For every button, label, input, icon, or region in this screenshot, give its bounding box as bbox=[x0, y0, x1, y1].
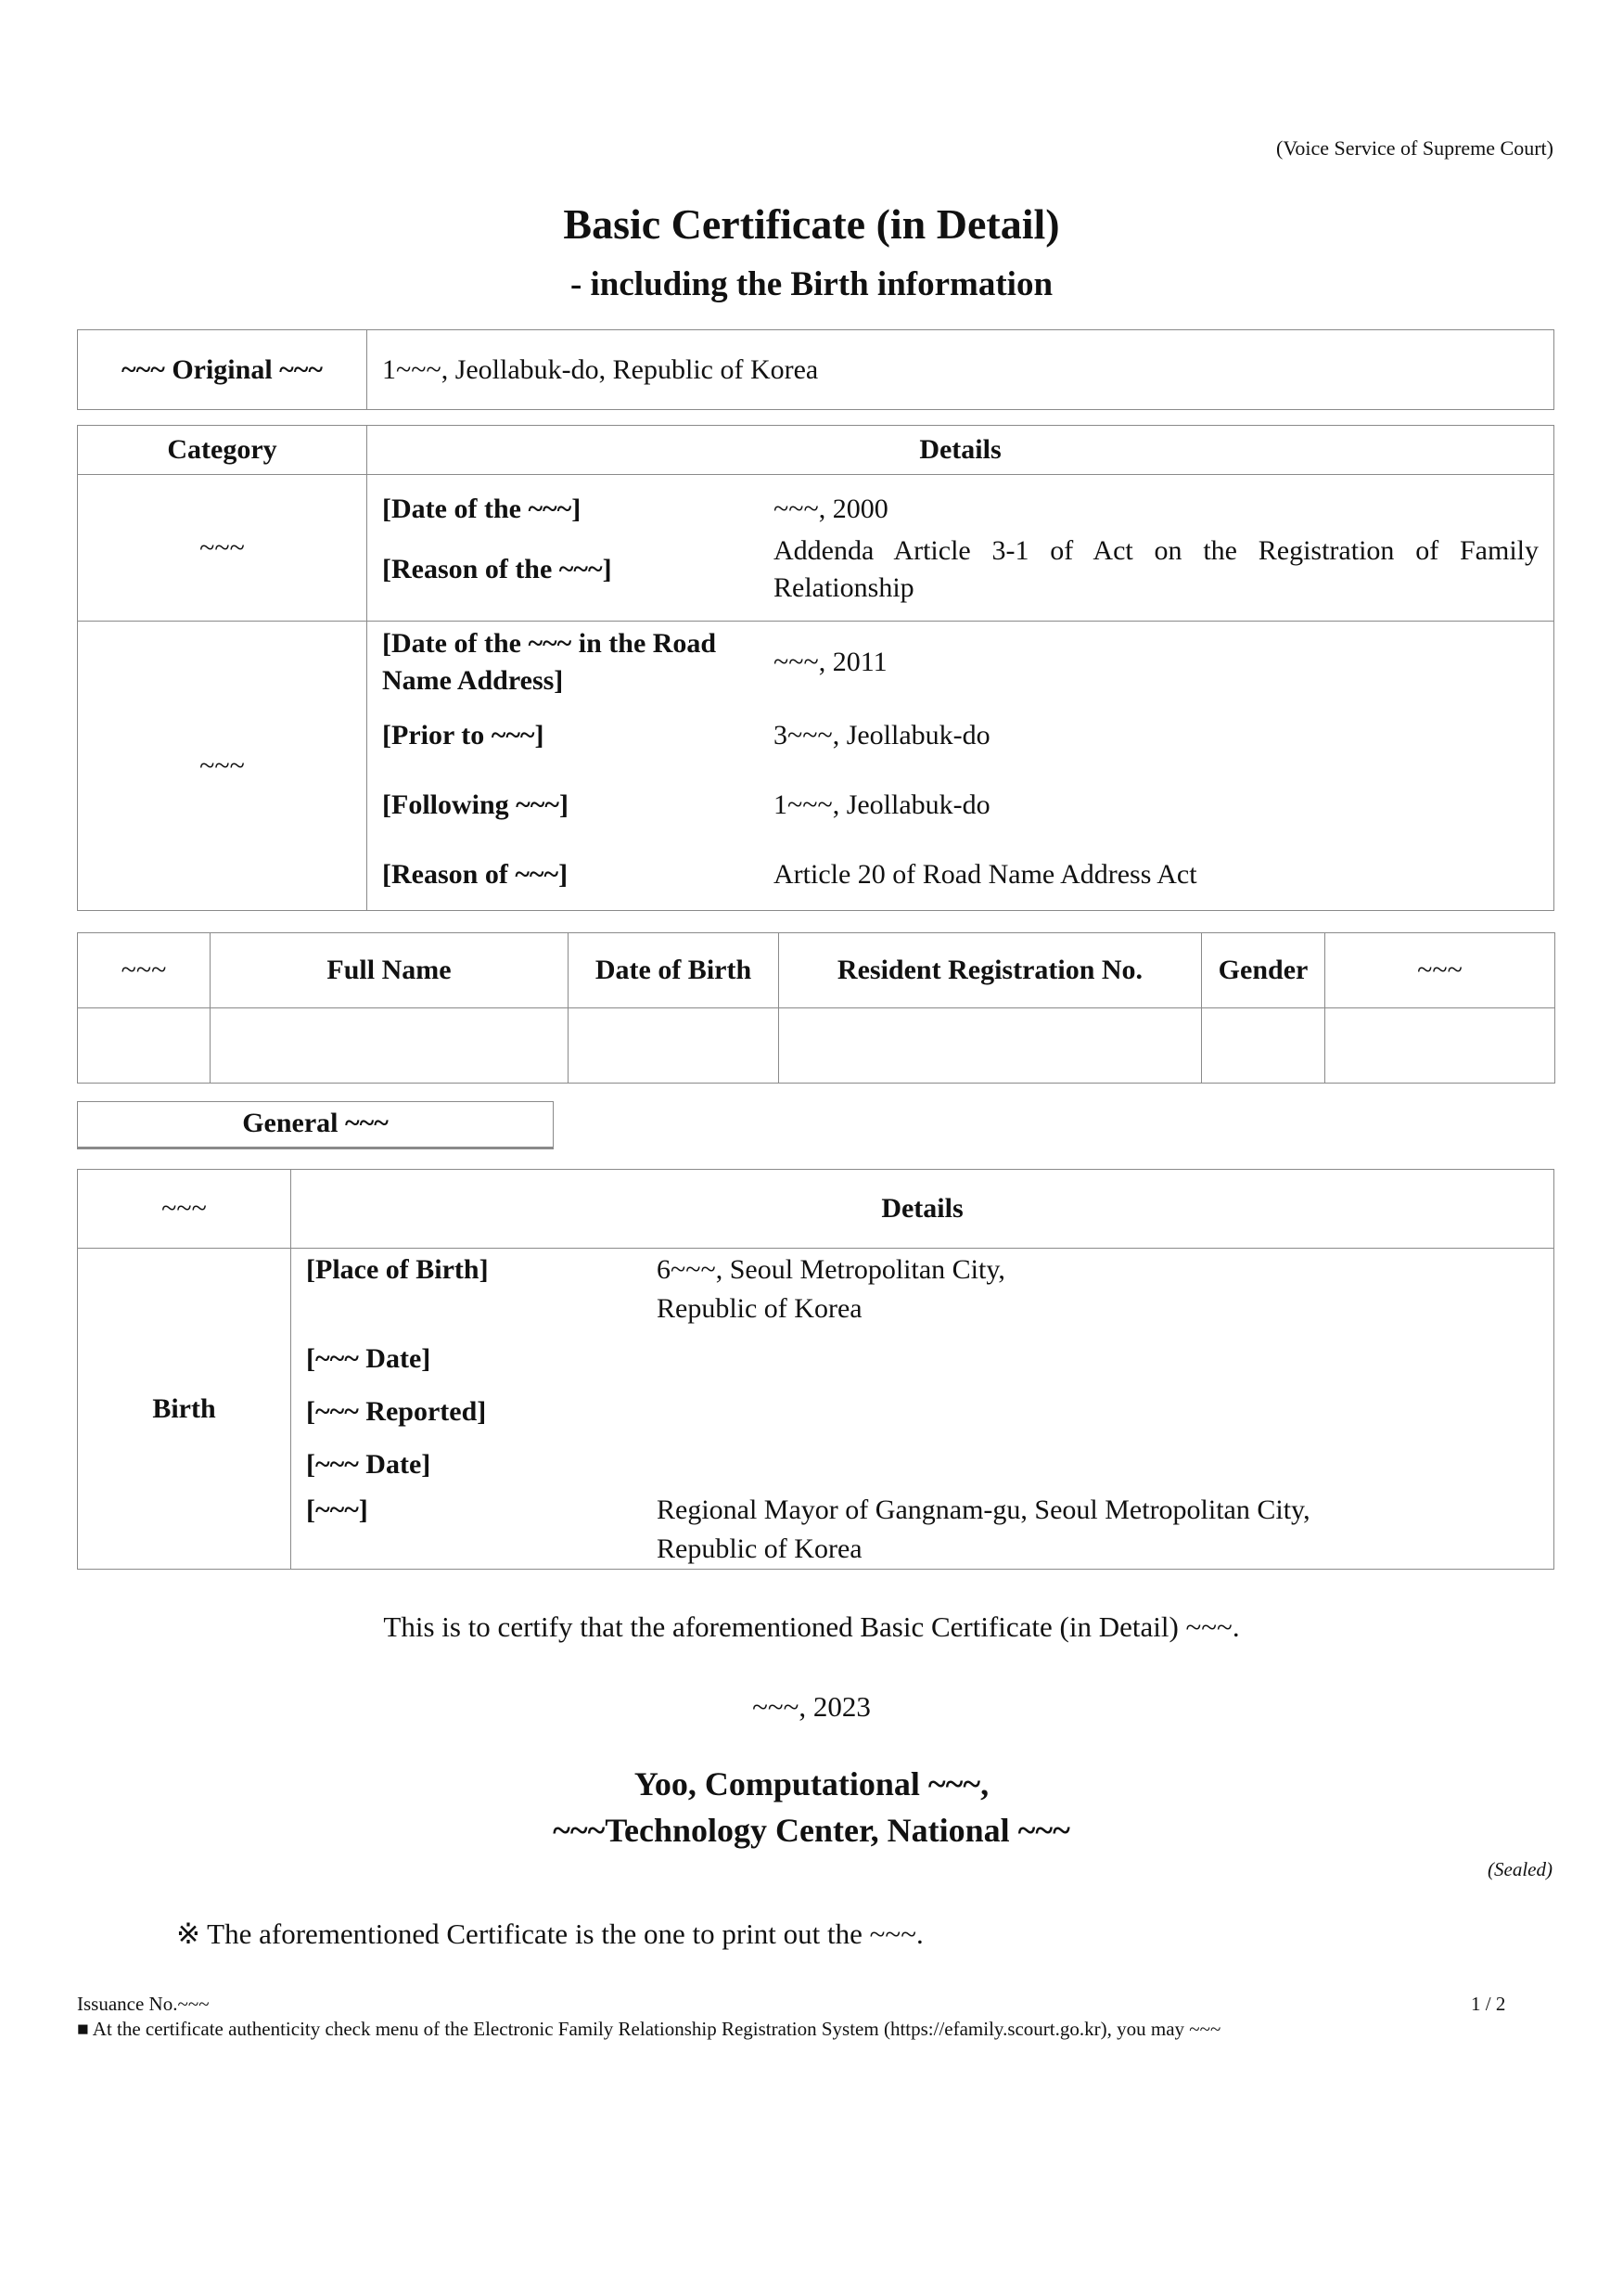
detail-value: ~~~, 2011 bbox=[773, 643, 1539, 682]
detail-value: Regional Mayor of Gangnam-gu, Seoul Metr… bbox=[657, 1491, 1539, 1569]
category-cell: ~~~ bbox=[78, 475, 367, 622]
person-header: Date of Birth bbox=[569, 933, 779, 1008]
detail-row: [Prior to ~~~] 3~~~, Jeollabuk-do bbox=[382, 701, 1539, 770]
birth-category-cell: Birth bbox=[78, 1249, 291, 1570]
issue-date: ~~~, 2023 bbox=[0, 1690, 1623, 1724]
detail-row: [~~~] Regional Mayor of Gangnam-gu, Seou… bbox=[306, 1491, 1539, 1569]
category-cell: ~~~ bbox=[78, 622, 367, 911]
print-notice: ※ The aforementioned Certificate is the … bbox=[176, 1918, 924, 1951]
detail-row: [~~~ Date] bbox=[306, 1332, 1539, 1385]
person-header: ~~~ bbox=[1325, 933, 1555, 1008]
person-cell bbox=[779, 1008, 1202, 1084]
detail-row: [Date of the ~~~] ~~~, 2000 bbox=[382, 488, 1539, 531]
document-title: Basic Certificate (in Detail) bbox=[0, 199, 1623, 249]
detail-key: [Prior to ~~~] bbox=[382, 716, 773, 755]
authenticity-note: ■ At the certificate authenticity check … bbox=[77, 2018, 1220, 2041]
birth-details-header: Details bbox=[291, 1170, 1554, 1249]
detail-value: 1~~~, Jeollabuk-do bbox=[773, 786, 1539, 825]
signer-line-2: ~~~Technology Center, National ~~~ bbox=[0, 1811, 1623, 1850]
detail-key: [Following ~~~] bbox=[382, 786, 773, 825]
detail-row: [Reason of ~~~] Article 20 of Road Name … bbox=[382, 840, 1539, 909]
person-header: ~~~ bbox=[78, 933, 211, 1008]
general-section-label: General ~~~ bbox=[77, 1101, 554, 1149]
original-label: ~~~ Original ~~~ bbox=[78, 330, 367, 410]
person-cell bbox=[1202, 1008, 1325, 1084]
detail-row: [Place of Birth] 6~~~, Seoul Metropolita… bbox=[306, 1249, 1539, 1332]
signer-line-1: Yoo, Computational ~~~, bbox=[0, 1764, 1623, 1803]
birth-details-cell: [Place of Birth] 6~~~, Seoul Metropolita… bbox=[291, 1249, 1554, 1570]
person-header: Resident Registration No. bbox=[779, 933, 1202, 1008]
detail-key: [Date of the ~~~ in the Road Name Addres… bbox=[382, 625, 773, 699]
issuance-number: Issuance No.~~~ bbox=[77, 1993, 210, 2016]
person-header: Gender bbox=[1202, 933, 1325, 1008]
document-subtitle: - including the Birth information bbox=[0, 264, 1623, 304]
detail-value: Addenda Article 3-1 of Act on the Regist… bbox=[773, 532, 1539, 607]
person-cell bbox=[78, 1008, 211, 1084]
detail-value: 3~~~, Jeollabuk-do bbox=[773, 716, 1539, 755]
original-value: 1~~~, Jeollabuk-do, Republic of Korea bbox=[367, 330, 1554, 410]
birth-category-header: ~~~ bbox=[78, 1170, 291, 1249]
category-table: Category Details ~~~ [Date of the ~~~] ~… bbox=[77, 425, 1554, 911]
sealed-mark: (Sealed) bbox=[1488, 1858, 1553, 1881]
original-table: ~~~ Original ~~~ 1~~~, Jeollabuk-do, Rep… bbox=[77, 329, 1554, 410]
detail-value: 6~~~, Seoul Metropolitan City, Republic … bbox=[657, 1251, 1539, 1328]
detail-key: [~~~ Reported] bbox=[306, 1392, 657, 1431]
detail-key: [~~~ Date] bbox=[306, 1340, 657, 1379]
detail-row: [Reason of the ~~~] Addenda Article 3-1 … bbox=[382, 531, 1539, 609]
birth-table: ~~~ Details Birth [Place of Birth] 6~~~,… bbox=[77, 1169, 1554, 1570]
person-header: Full Name bbox=[211, 933, 569, 1008]
detail-row: [Date of the ~~~ in the Road Name Addres… bbox=[382, 623, 1539, 701]
top-note: (Voice Service of Supreme Court) bbox=[1276, 136, 1553, 160]
detail-value: ~~~, 2000 bbox=[773, 490, 1539, 529]
details-cell: [Date of the ~~~] ~~~, 2000 [Reason of t… bbox=[367, 475, 1554, 622]
detail-key: [Date of the ~~~] bbox=[382, 490, 773, 529]
person-cell bbox=[1325, 1008, 1555, 1084]
person-cell bbox=[569, 1008, 779, 1084]
category-header: Category bbox=[78, 426, 367, 475]
detail-key: [Place of Birth] bbox=[306, 1251, 657, 1289]
details-header: Details bbox=[367, 426, 1554, 475]
page-number: 1 / 2 bbox=[1471, 1993, 1505, 2016]
details-cell: [Date of the ~~~ in the Road Name Addres… bbox=[367, 622, 1554, 911]
person-table: ~~~ Full Name Date of Birth Resident Reg… bbox=[77, 932, 1555, 1084]
detail-row: [~~~ Reported] bbox=[306, 1385, 1539, 1438]
detail-key: [Reason of the ~~~] bbox=[382, 550, 773, 589]
detail-row: [~~~ Date] bbox=[306, 1438, 1539, 1491]
detail-key: [~~~ Date] bbox=[306, 1445, 657, 1484]
detail-value: Article 20 of Road Name Address Act bbox=[773, 855, 1539, 894]
detail-key: [Reason of ~~~] bbox=[382, 855, 773, 894]
detail-row: [Following ~~~] 1~~~, Jeollabuk-do bbox=[382, 770, 1539, 840]
detail-key: [~~~] bbox=[306, 1491, 657, 1530]
person-cell bbox=[211, 1008, 569, 1084]
certification-statement: This is to certify that the aforemention… bbox=[0, 1610, 1623, 1644]
